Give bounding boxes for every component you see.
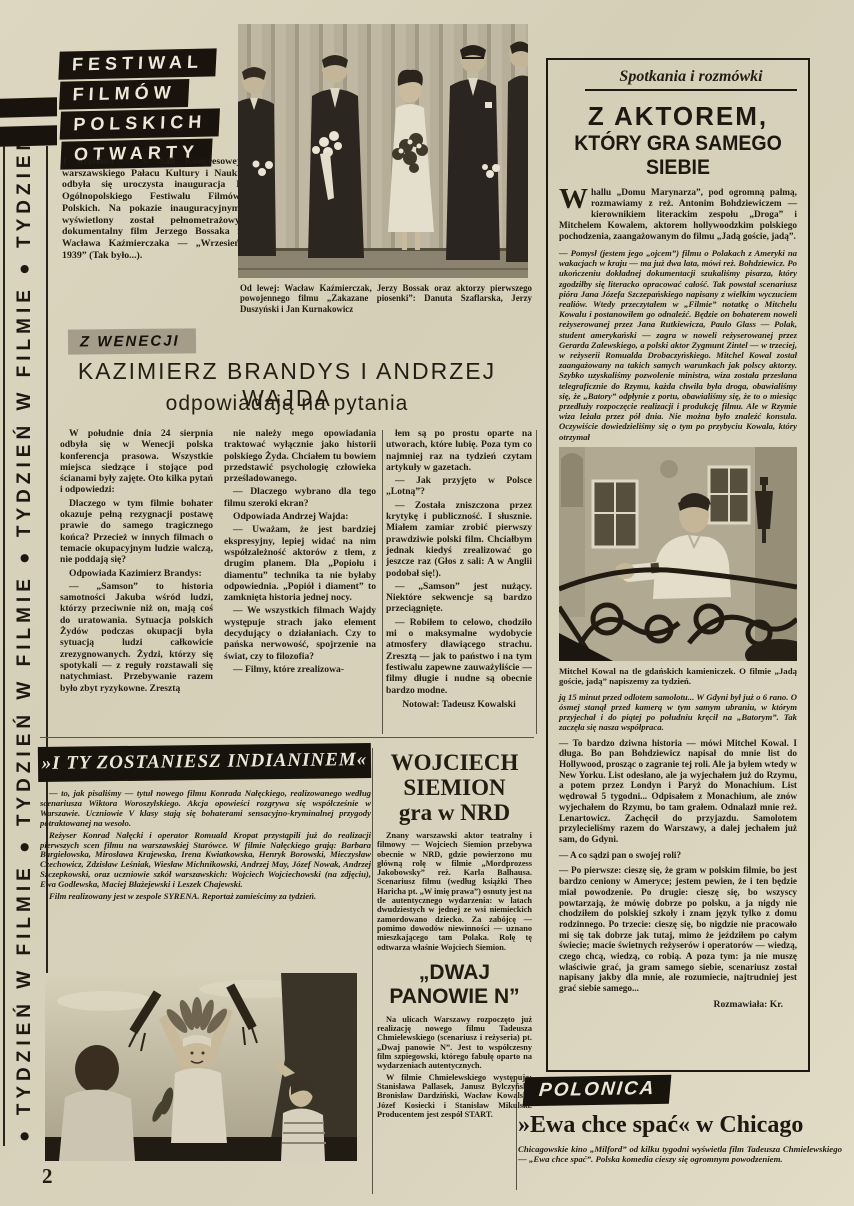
indian-photo xyxy=(45,973,357,1161)
stage-photo-caption: Od lewej: Wacław Kaźmierczak, Jerzy Boss… xyxy=(240,283,532,314)
banner-line: FILMÓW xyxy=(59,79,189,110)
venice-kicker: Z WENECJI xyxy=(68,328,196,354)
siemion-headline: WOJCIECH SIEMION gra w NRD xyxy=(377,750,532,825)
person-silhouette xyxy=(446,43,500,260)
headline-line: PANOWIE N” xyxy=(377,985,532,1009)
polonica-section: POLONICA »Ewa chce spać« w Chicago Chica… xyxy=(518,1076,842,1164)
person-silhouette-woman xyxy=(388,70,434,250)
interview-paragraph: ją 15 minut przed odlotem samolotu... W … xyxy=(559,692,797,733)
paragraph: — Robiłem to celowo, chodziło mi o maksy… xyxy=(386,617,532,696)
paragraph: W południe dnia 24 sierpnia odbyła się w… xyxy=(60,428,213,496)
headline-line: WOJCIECH xyxy=(377,750,532,775)
paragraph: — to, jak pisaliśmy — tytuł nowego filmu… xyxy=(40,789,371,829)
interview-headline: Z AKTOREM, KTÓRY GRA SAMEGO SIEBIE xyxy=(559,101,797,180)
balcony-photo xyxy=(559,447,797,661)
venice-column-1: W południe dnia 24 sierpnia odbyła się w… xyxy=(60,428,213,740)
indian-body: — to, jak pisaliśmy — tytuł nowego filmu… xyxy=(40,789,371,969)
corner-bar-top xyxy=(0,97,57,117)
festival-banner: FESTIWAL FILMÓW POLSKICH OTWARTY xyxy=(59,48,220,171)
balcony-photo-illustration xyxy=(559,447,797,661)
paragraph: — „Samson” jest nużący. Niektóre sekwenc… xyxy=(386,581,532,615)
venice-subhead: odpowiadają na pytania xyxy=(40,392,534,416)
venice-column-3: łem są po prostu oparte na utworach, któ… xyxy=(386,428,532,740)
page-number: 2 xyxy=(42,1164,53,1189)
siemion-body: Znany warszawski aktor teatralny i filmo… xyxy=(377,831,532,952)
indian-photo-illustration xyxy=(45,973,357,1161)
column-rule xyxy=(382,430,383,734)
dwaj-body: Na ulicach Warszawy rozpoczęto już reali… xyxy=(377,1015,532,1119)
person-silhouette xyxy=(308,53,364,258)
paragraph: — Jak przyjęto w Polsce „Lotną”? xyxy=(386,475,532,498)
person-silhouette xyxy=(238,66,276,256)
paragraph: Znany warszawski aktor teatralny i filmo… xyxy=(377,831,532,952)
headline-line: SIEMION xyxy=(377,775,532,800)
drop-cap: W xyxy=(559,188,591,211)
paragraph: Reżyser Konrad Nałęcki i operator Romual… xyxy=(40,831,371,890)
paragraph: Odpowiada Kazimierz Brandys: xyxy=(60,568,213,579)
interview-paragraph: — Po pierwsze: cieszę się, że gram w pol… xyxy=(559,865,797,993)
polonica-headline: »Ewa chce spać« w Chicago xyxy=(518,1112,842,1139)
dwaj-headline: „DWAJ PANOWIE N” xyxy=(377,961,532,1009)
interview-paragraph: — Pomysł (jestem jego „ojcem”) filmu o P… xyxy=(559,248,797,442)
siemion-column: WOJCIECH SIEMION gra w NRD Znany warszaw… xyxy=(377,750,532,1202)
interview-paragraph: — A co sądzi pan o swojej roli? xyxy=(559,850,797,861)
column-rule xyxy=(372,748,373,1194)
headline-line: „DWAJ xyxy=(377,961,532,985)
paragraph: — We wszystkich filmach Wajdy występuje … xyxy=(224,605,376,661)
paragraph: W filmie Chmielewskiego występują: Stani… xyxy=(377,1073,532,1119)
banner-line: POLSKICH xyxy=(60,108,220,139)
interview-paragraph: — To bardzo dziwna historia — mówi Mitch… xyxy=(559,738,797,845)
venice-column-2: nie należy mego opowiadania traktować wy… xyxy=(224,428,376,740)
paragraph: Dlaczego w tym filmie bohater okazuje pe… xyxy=(60,498,213,566)
stage-photo xyxy=(238,24,528,278)
paragraph: — Została zniszczona przez krytykę i pub… xyxy=(386,500,532,579)
headline-line: KTÓRY GRA SAMEGO SIEBIE xyxy=(567,132,788,180)
polonica-body: Chicagowskie kino „Milford” od kilku tyg… xyxy=(518,1144,842,1164)
stage-photo-illustration xyxy=(238,24,528,278)
headline-line: Z AKTOREM, xyxy=(559,101,797,132)
indian-headline: »I TY ZOSTANIESZ INDIANINEM« xyxy=(38,743,371,782)
interview-byline: Rozmawiała: Kr. xyxy=(559,999,783,1010)
headline-line: gra w NRD xyxy=(377,800,532,825)
magazine-page: ● TYDZIEŃ W FILMIE ● TYDZIEŃ W FILMIE ● … xyxy=(0,0,854,1206)
paragraph: Notował: Tadeusz Kowalski xyxy=(386,699,532,710)
interview-kicker: Spotkania i rozmówki xyxy=(585,68,797,91)
column-rule xyxy=(536,430,537,734)
paragraph: łem są po prostu oparte na utworach, któ… xyxy=(386,428,532,473)
corner-bar-bottom xyxy=(0,125,57,146)
banner-line: FESTIWAL xyxy=(58,48,216,79)
paragraph: — Filmy, które zrealizowa- xyxy=(224,664,376,675)
balcony-photo-caption: Mitchel Kowal na tle gdańskich kamienicz… xyxy=(559,666,797,686)
horizontal-rule xyxy=(40,737,534,738)
polonica-kicker: POLONICA xyxy=(523,1075,672,1107)
lead-text: hallu „Domu Marynarza”, pod ogromną palm… xyxy=(559,188,797,242)
paragraph: — Uważam, że jest bardziej ekspresyjny, … xyxy=(224,524,376,603)
paragraph: nie należy mego opowiadania traktować wy… xyxy=(224,428,376,484)
paragraph: Odpowiada Andrzej Wajda: xyxy=(224,511,376,522)
paragraph: — „Samson” to historia samotności Jakuba… xyxy=(60,581,213,694)
interview-lead: W hallu „Domu Marynarza”, pod ogromną pa… xyxy=(559,188,797,243)
paragraph: Na ulicach Warszawy rozpoczęto już reali… xyxy=(377,1015,532,1071)
person-silhouette xyxy=(506,40,528,262)
sidebar-vertical-banner: ● TYDZIEŃ W FILMIE ● TYDZIEŃ W FILMIE ● … xyxy=(3,146,48,1146)
paragraph: Film realizowany jest w zespole SYRENA. … xyxy=(40,892,371,902)
interview-box: Spotkania i rozmówki Z AKTOREM, KTÓRY GR… xyxy=(546,58,810,1072)
festival-intro: 1 września — w Sali Kongresowej warszaws… xyxy=(62,156,240,261)
paragraph: — Dlaczego wybrano dla tego filmu szerok… xyxy=(224,486,376,509)
